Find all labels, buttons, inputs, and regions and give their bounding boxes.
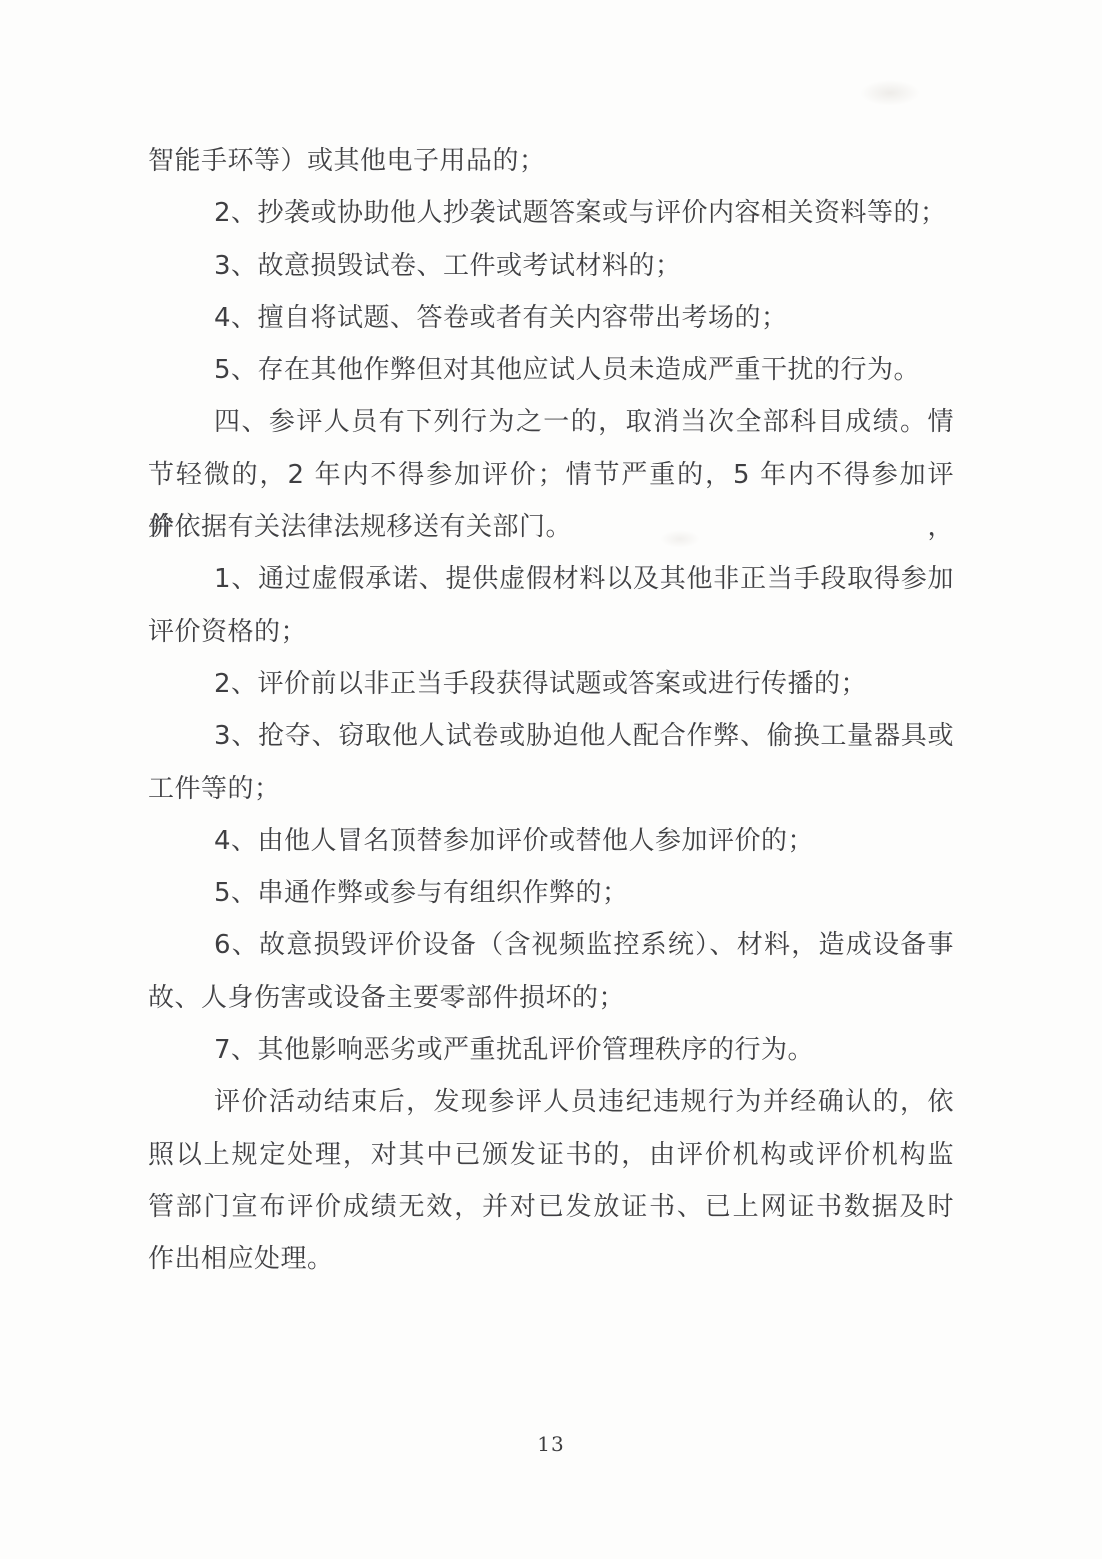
text-line: 四、参评人员有下列行为之一的，取消当次全部科目成绩。情 xyxy=(148,396,954,448)
text-line: 1、通过虚假承诺、提供虚假材料以及其他非正当手段取得参加 xyxy=(148,553,954,605)
text-line: 7、其他影响恶劣或严重扰乱评价管理秩序的行为。 xyxy=(148,1024,954,1076)
document-page: 智能手环等）或其他电子用品的；2、抄袭或协助他人抄袭试题答案或与评价内容相关资料… xyxy=(0,0,1102,1559)
text-line: 照以上规定处理，对其中已颁发证书的，由评价机构或评价机构监 xyxy=(148,1129,954,1181)
page-body-text: 智能手环等）或其他电子用品的；2、抄袭或协助他人抄袭试题答案或与评价内容相关资料… xyxy=(148,135,954,1286)
scan-smudge xyxy=(860,80,920,106)
text-line: 3、故意损毁试卷、工件或考试材料的； xyxy=(148,240,954,292)
text-line: 评价活动结束后，发现参评人员违纪违规行为并经确认的，依 xyxy=(148,1076,954,1128)
text-line: 智能手环等）或其他电子用品的； xyxy=(148,135,954,187)
text-line: 工件等的； xyxy=(148,763,954,815)
text-line: 6、故意损毁评价设备（含视频监控系统）、材料，造成设备事 xyxy=(148,919,954,971)
text-line: 作出相应处理。 xyxy=(148,1233,954,1285)
text-line: 5、串通作弊或参与有组织作弊的； xyxy=(148,867,954,919)
text-line: 管部门宣布评价成绩无效，并对已发放证书、已上网证书数据及时 xyxy=(148,1181,954,1233)
text-line: 4、擅自将试题、答卷或者有关内容带出考场的； xyxy=(148,292,954,344)
text-line: 5、存在其他作弊但对其他应试人员未造成严重干扰的行为。 xyxy=(148,344,954,396)
text-line: 4、由他人冒名顶替参加评价或替他人参加评价的； xyxy=(148,815,954,867)
text-line: 2、评价前以非正当手段获得试题或答案或进行传播的； xyxy=(148,658,954,710)
text-line: 节轻微的，2 年内不得参加评价；情节严重的，5 年内不得参加评价， xyxy=(148,449,954,501)
text-line: 3、抢夺、窃取他人试卷或胁迫他人配合作弊、偷换工量器具或 xyxy=(148,710,954,762)
text-line: 故、人身伤害或设备主要零部件损坏的； xyxy=(148,972,954,1024)
text-line: 2、抄袭或协助他人抄袭试题答案或与评价内容相关资料等的； xyxy=(148,187,954,239)
page-number: 13 xyxy=(0,1432,1102,1456)
text-line: 评价资格的； xyxy=(148,606,954,658)
